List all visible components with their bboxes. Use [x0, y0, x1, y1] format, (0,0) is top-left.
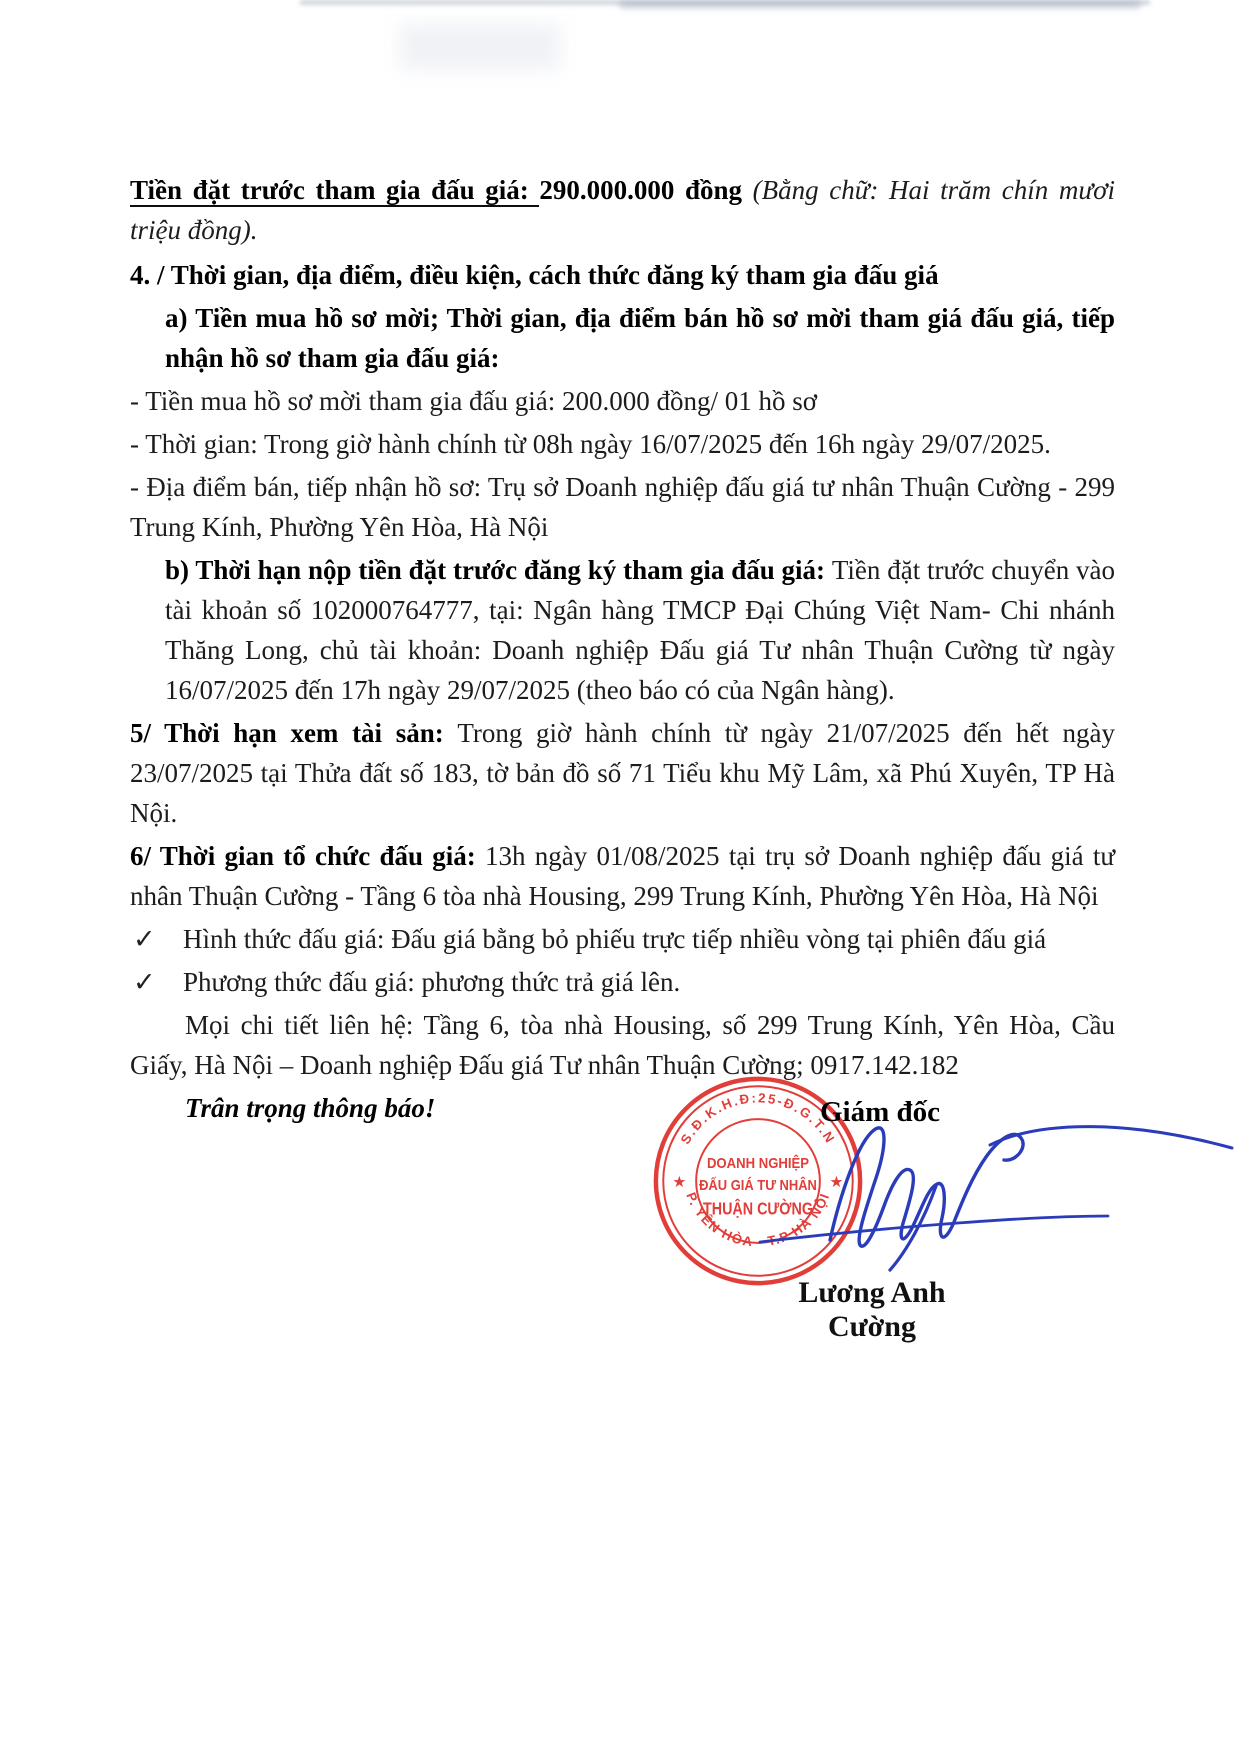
check-row-form: ✓ Hình thức đấu giá: Đấu giá bằng bỏ phi…	[130, 919, 1115, 959]
item-a-paragraph: a) Tiền mua hồ sơ mời; Thời gian, địa đi…	[165, 298, 1115, 378]
item-b-paragraph: b) Thời hạn nộp tiền đặt trước đăng ký t…	[165, 550, 1115, 710]
deposit-label: Tiền đặt trước tham gia đấu giá:	[130, 175, 539, 207]
check-form-text: Hình thức đấu giá: Đấu giá bằng bỏ phiếu…	[183, 919, 1046, 959]
checkmark-icon: ✓	[133, 919, 161, 959]
section6-paragraph: 6/ Thời gian tổ chức đấu giá: 13h ngày 0…	[130, 836, 1115, 916]
signature-tail-stroke	[990, 1127, 1232, 1148]
section6-label: 6/ Thời gian tổ chức đấu giá:	[130, 841, 485, 871]
handwritten-signature	[740, 1100, 1242, 1285]
bullet-time: - Thời gian: Trong giờ hành chính từ 08h…	[130, 424, 1115, 464]
check-row-method: ✓ Phương thức đấu giá: phương thức trả g…	[130, 962, 1115, 1002]
signature-underline-stroke	[760, 1216, 1108, 1242]
signature-main-stroke	[830, 1128, 1023, 1246]
checkmark-icon: ✓	[133, 962, 161, 1002]
section5-label: 5/ Thời hạn xem tài sản:	[130, 718, 457, 748]
contact-paragraph: Mọi chi tiết liên hệ: Tầng 6, tòa nhà Ho…	[130, 1005, 1115, 1085]
section4-heading: 4. / Thời gian, địa điểm, điều kiện, các…	[130, 255, 1115, 295]
document-page: Tiền đặt trước tham gia đấu giá: 290.000…	[0, 0, 1242, 1754]
bullet-place: - Địa điểm bán, tiếp nhận hồ sơ: Trụ sở …	[130, 467, 1115, 547]
signer-name: Lương Anh Cường	[752, 1276, 992, 1344]
deposit-paragraph: Tiền đặt trước tham gia đấu giá: 290.000…	[130, 170, 1115, 250]
deposit-amount: 290.000.000 đồng	[539, 175, 752, 205]
item-b-label: b) Thời hạn nộp tiền đặt trước đăng ký t…	[165, 555, 832, 585]
text-column: Tiền đặt trước tham gia đấu giá: 290.000…	[130, 0, 1115, 1128]
stamp-star-left-icon: ★	[672, 1174, 686, 1191]
section5-paragraph: 5/ Thời hạn xem tài sản: Trong giờ hành …	[130, 713, 1115, 833]
bullet-fee: - Tiền mua hồ sơ mời tham gia đấu giá: 2…	[130, 381, 1115, 421]
check-method-text: Phương thức đấu giá: phương thức trả giá…	[183, 962, 680, 1002]
